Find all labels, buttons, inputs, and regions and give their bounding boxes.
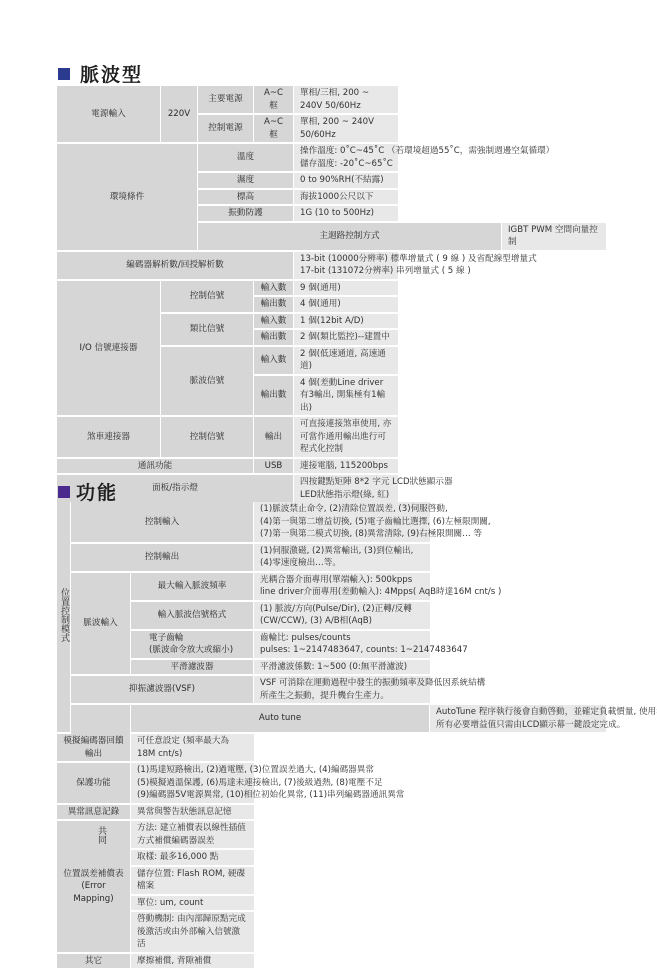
section-title-text: 功能 [76,478,118,505]
value-line: 13-bit (10000分辨率) 標準增量式 ( 9 線 ) 及省配線型增量式 [300,253,392,266]
table-row: 位置誤差補償表(Error Mapping) 方法: 建立補償表以線性插值方式補… [57,821,606,850]
row-value: 單位: um, count [131,896,254,913]
row-label: 環境條件 [57,144,198,252]
table-row: 共同 Auto tune AutoTune 程序執行後會自動啓動，並確定負載慣量… [57,705,606,734]
table-row: 電源輸入 220V 主要電源 A~C框 單相/三相, 200 ~ 240V 50… [57,86,606,115]
spec-table-functions: 位置控制模式 控制輸入 (1)脈波禁止命令, (2)清除位置誤差, (3)伺服啓… [57,502,606,970]
row-value: AutoTune 程序執行後會自動啓動，並確定負載慣量, 使用者無需自行設定。 … [430,705,606,734]
row-label: 輸出 [254,417,294,459]
row-value: 可任意設定 (頻率最大為 18M cnt/s) [131,734,254,763]
table-row: 面板/指示燈 四按鍵點矩陣 8*2 字元 LCD狀態顯示器 LED狀態指示燈(綠… [57,475,606,504]
row-label: 脈波輸入 [71,573,131,677]
square-bullet-icon [58,68,70,80]
row-label: 脈波信號 [161,347,254,418]
row-label: 最大輸入脈波頻率 [131,573,254,602]
value-line: (5)模擬過溫保護, (6)馬達未連接檢出, (7)後級過熱, (8)電壓不足 [137,777,248,790]
value-line: (9)編碼器5V電源異常, (10)相位初始化異常, (11)串列編碼器通訊異常 [137,789,248,802]
row-label: 輸入脈波信號格式 [131,602,254,631]
row-label: 標高 [198,190,294,207]
table-row: 啓動機制: 由內部歸原點完成後激活或由外部輸入信號激活 [57,912,606,954]
row-value: 摩擦補償, 背隙補償 [131,954,254,971]
row-label: 電子齒輪 (脈波命令放大或縮小) [131,631,254,660]
row-label: 輸入數 [254,314,294,331]
label-line: (脈波命令放大或縮小) [149,644,247,657]
row-value: (1)伺服激磁, (2)異常輸出, (3)到位輸出, (4)零速度檢出…等。 [254,544,430,573]
row-value: 1G (10 to 500Hz) [294,206,398,223]
row-label: 輸出數 [254,376,294,418]
row-value: 方法: 建立補償表以線性插值方式補償編碼器誤差 [131,821,254,850]
row-label: 輸出數 [254,330,294,347]
value-line: 所有必要增益值只需由LCD顯示幕一鍵設定完成。 [436,719,600,732]
row-value: 0 to 90%RH(不結露) [294,173,398,190]
row-label: 控制信號 [161,281,254,314]
section-title-text: 脈波型 [80,60,143,87]
table-row: 模擬編碼器回饋輸出 可任意設定 (頻率最大為 18M cnt/s) [57,734,606,763]
row-label: 異常訊息記錄 [57,805,131,822]
row-value: 9 個(通用) [294,281,398,298]
row-label: 平滑濾波器 [131,660,254,677]
row-label: 輸入數 [254,347,294,376]
row-label: 溫度 [198,144,294,173]
row-value: VSF 可消除在運動過程中發生的振動頻率及降低因系統結構 所產生之振動，提升機台… [254,676,430,705]
table-row: 煞車連接器 控制信號 輸出 可直接連接煞車使用, 亦可當作通用輸出進行可程式化控… [57,417,606,459]
spec-table-pulse-type: 電源輸入 220V 主要電源 A~C框 單相/三相, 200 ~ 240V 50… [57,86,606,550]
value-line: LED狀態指示燈(綠, 紅) [300,489,392,502]
row-label: Auto tune [131,705,430,734]
value-line: 齒輪比: pulses/counts [260,632,424,645]
row-value: (1) 脈波/方向(Pulse/Dir), (2)正轉/反轉(CW/CCW), … [254,602,430,631]
row-label: 控制信號 [161,417,254,459]
row-label: 類比信號 [161,314,254,347]
row-label: 控制輸出 [71,544,254,573]
table-row: 脈波輸入 最大輸入脈波頻率 光耦合器介面專用(單端輸入): 500kpps li… [57,573,606,602]
value-line: 操作溫度: 0˚C~45˚C （若環境超過55˚C，需強制週邊空氣循環） [300,145,392,158]
section-title-pulse-type: 脈波型 [58,60,143,87]
row-label: 主要電源 [198,86,254,115]
table-row: 保護功能 (1)馬達短路檢出, (2)過電壓, (3)位置誤差過大, (4)編碼… [57,763,606,805]
table-row: 電子齒輪 (脈波命令放大或縮小) 齒輪比: pulses/counts puls… [57,631,606,660]
row-value: IGBT PWM 空間向量控制 [502,223,606,252]
row-value: 取樣: 最多16,000 點 [131,850,254,867]
row-label: 其它 [57,954,131,971]
row-label: 抑振濾波器(VSF) [71,676,254,705]
row-value: 連接電腦, 115200bps [294,459,398,476]
table-row: 取樣: 最多16,000 點 [57,850,606,867]
row-label: 控制電源 [198,115,254,144]
label-line: 電子齒輪 [149,632,247,645]
table-row: 平滑濾波器 平滑濾波係數: 1~500 (0:無平滑濾波) [57,660,606,677]
value-line: (7)第一與第二模式切換, (8)異常清除, (9)右極限開關… 等 [260,528,424,541]
row-value: 可直接連接煞車使用, 亦可當作通用輸出進行可程式化控制 [294,417,398,459]
row-value: 1 個(12bit A/D) [294,314,398,331]
row-label: 通訊功能 [57,459,254,476]
row-value: 儲存位置: Flash ROM, 硬碟檔案 [131,867,254,896]
row-value: (1)馬達短路檢出, (2)過電壓, (3)位置誤差過大, (4)編碼器異常 (… [131,763,254,805]
row-value: 2 個(類比監控)--建置中 [294,330,398,347]
row-value: 海拔1000公尺以下 [294,190,398,207]
row-value: 4 個(通用) [294,297,398,314]
table-row: 輸入脈波信號格式 (1) 脈波/方向(Pulse/Dir), (2)正轉/反轉(… [57,602,606,631]
row-label: 濕度 [198,173,294,190]
row-value: 異常與警告狀態訊息記憶 [131,805,254,822]
row-value: 2 個(低速通道, 高速通道) [294,347,398,376]
row-value: 4 個(差動Line driver 有3輸出, 開集極有1輸出) [294,376,398,418]
row-value: 平滑濾波係數: 1~500 (0:無平滑濾波) [254,660,430,677]
table-row: 異常訊息記錄 異常與警告狀態訊息記憶 [57,805,606,822]
section-title-functions: 功能 [58,478,118,505]
row-value: (1)脈波禁止命令, (2)清除位置誤差, (3)伺服啓動, (4)第一與第二增… [254,502,430,544]
row-label: 編碼器解析數/回授解析數 [57,252,294,281]
table-row: 控制輸出 (1)伺服激磁, (2)異常輸出, (3)到位輸出, (4)零速度檢出… [57,544,606,573]
value-line: VSF 可消除在運動過程中發生的振動頻率及降低因系統結構 [260,677,424,690]
row-label: 保護功能 [57,763,131,805]
row-value: 操作溫度: 0˚C~45˚C （若環境超過55˚C，需強制週邊空氣循環） 儲存溫… [294,144,398,173]
row-value: 單相/三相, 200 ~ 240V 50/60Hz [294,86,398,115]
row-value: 四按鍵點矩陣 8*2 字元 LCD狀態顯示器 LED狀態指示燈(綠, 紅) [294,475,398,504]
table-row: 抑振濾波器(VSF) VSF 可消除在運動過程中發生的振動頻率及降低因系統結構 … [57,676,606,705]
row-value: 光耦合器介面專用(單端輸入): 500kpps line driver介面專用(… [254,573,430,602]
value-line: (1)脈波禁止命令, (2)清除位置誤差, (3)伺服啓動, [260,503,424,516]
value-line: (4)第一與第二增益切換, (5)電子齒輪比選擇, (6)左極限開關, [260,516,424,529]
table-row: 單位: um, count [57,896,606,913]
table-row: 其它 摩擦補償, 背隙補償 [57,954,606,971]
row-value: 啓動機制: 由內部歸原點完成後激活或由外部輸入信號激活 [131,912,254,954]
table-row: 編碼器解析數/回授解析數 13-bit (10000分辨率) 標準增量式 ( 9… [57,252,606,281]
group-label-position-control: 位置控制模式 [57,502,71,734]
row-label: 位置誤差補償表(Error Mapping) [57,821,131,954]
row-label: 電源輸入 [57,86,161,144]
value-line: line driver介面專用(差動輸入): 4Mpps( AqB時達16M c… [260,586,424,599]
row-label: A~C框 [254,115,294,144]
value-line: 光耦合器介面專用(單端輸入): 500kpps [260,574,424,587]
table-row: 儲存位置: Flash ROM, 硬碟檔案 [57,867,606,896]
table-row: I/O 信號連接器 控制信號 輸入數 9 個(通用) [57,281,606,298]
row-label: 控制輸入 [71,502,254,544]
row-label: USB [254,459,294,476]
row-label: 220V [161,86,198,144]
row-label: 輸出數 [254,297,294,314]
row-label: A~C框 [254,86,294,115]
row-label: 煞車連接器 [57,417,161,459]
value-line: AutoTune 程序執行後會自動啓動，並確定負載慣量, 使用者無需自行設定。 [436,706,600,719]
row-label: I/O 信號連接器 [57,281,161,418]
square-bullet-icon [58,486,70,498]
value-line: 儲存溫度: -20˚C~65˚C [300,158,392,171]
value-line: 17-bit (131072分辨率) 串列增量式 ( 5 線 ) [300,265,392,278]
row-label: 振動防護 [198,206,294,223]
row-label: 主迴路控制方式 [198,223,502,252]
row-value: 單相, 200 ~ 240V 50/60Hz [294,115,398,144]
value-line: pulses: 1~2147483647, counts: 1~21474836… [260,644,424,657]
table-row: 通訊功能 USB 連接電腦, 115200bps [57,459,606,476]
value-line: 所產生之振動，提升機台生產力。 [260,690,424,703]
row-label: 輸入數 [254,281,294,298]
row-value: 齒輪比: pulses/counts pulses: 1~2147483647,… [254,631,430,660]
row-value: 13-bit (10000分辨率) 標準增量式 ( 9 線 ) 及省配線型增量式… [294,252,398,281]
value-line: (1)馬達短路檢出, (2)過電壓, (3)位置誤差過大, (4)編碼器異常 [137,764,248,777]
row-label: 模擬編碼器回饋輸出 [57,734,131,763]
table-row: 環境條件 溫度 操作溫度: 0˚C~45˚C （若環境超過55˚C，需強制週邊空… [57,144,606,173]
table-row: 位置控制模式 控制輸入 (1)脈波禁止命令, (2)清除位置誤差, (3)伺服啓… [57,502,606,544]
value-line: 四按鍵點矩陣 8*2 字元 LCD狀態顯示器 [300,476,392,489]
